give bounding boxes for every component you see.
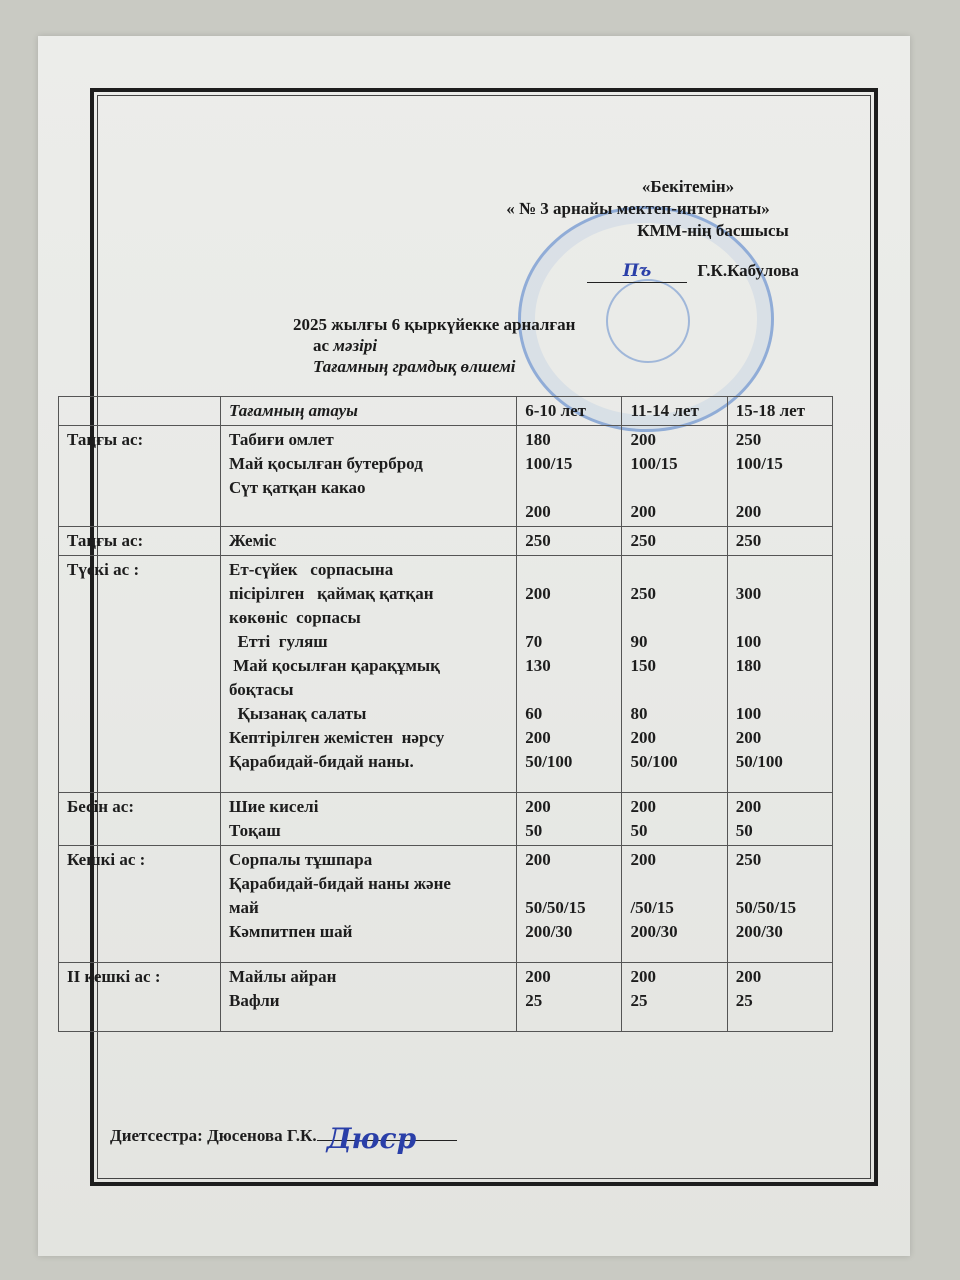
portion-v3-line: 200 [736,500,824,524]
portion-v3: 250 [727,527,832,556]
portion-v2-line: 200/30 [630,920,718,944]
portion-v2: 200100/15200 [622,426,727,527]
portion-v1-line [525,558,613,582]
portion-v2-line [630,606,718,630]
portion-v2: 200/50/15200/30 [622,846,727,963]
meal-name: Таңғы ас: [59,527,221,556]
portion-v3-line [736,872,824,896]
meal-name: Бесін ас: [59,793,221,846]
table-row: Бесін ас:Шие киселіТоқаш200502005020050 [59,793,833,846]
dish-list: Майлы айранВафли [221,963,517,1032]
portion-v2-line: 80 [630,702,718,726]
meal-name: Кешкі ас : [59,846,221,963]
table-row: Таңғы ас:Табиғи омлетМай қосылған бутерб… [59,426,833,527]
dish-list-line: Шие киселі [229,795,508,819]
portion-v1-line [525,872,613,896]
dish-list-line: Май қосылған бутерброд [229,452,508,476]
approval-line-3: КММ-нің басшысы [458,220,818,242]
portion-v2-line: 250 [630,529,718,553]
header-meal-cell [59,397,221,426]
portion-v1-line: 200 [525,965,613,989]
dish-list-line: Май қосылған қарақұмық [229,654,508,678]
signature-line: Пъ [587,260,687,283]
portion-v1-line: 60 [525,702,613,726]
portion-v3-line: 100/15 [736,452,824,476]
portion-v3: 30010018010020050/100 [727,556,832,793]
portion-v3-line: 250 [736,848,824,872]
portion-v2-line: 250 [630,582,718,606]
portion-v3-line: 200 [736,726,824,750]
portion-v1-line: 50 [525,819,613,843]
meal-name: Таңғы ас: [59,426,221,527]
table-header-row: Тағамның атауы 6-10 лет 11-14 лет 15-18 … [59,397,833,426]
portion-v2: 20025 [622,963,727,1032]
table-row: ІІ кешкі ас :Майлы айранВафли20025200252… [59,963,833,1032]
portion-v1-line [525,476,613,500]
director-signature: Пъ [623,261,651,281]
dish-list-line: Жеміс [229,529,508,553]
portion-v2: 250901508020050/100 [622,556,727,793]
portion-v3-line: 25 [736,989,824,1013]
table-row: Таңғы ас:Жеміс250250250 [59,527,833,556]
dish-list-line: Сүт қатқан какао [229,476,508,500]
dish-list-line: Вафли [229,989,508,1013]
menu-table: Тағамның атауы 6-10 лет 11-14 лет 15-18 … [58,396,833,1032]
portion-v2-line: 50/100 [630,750,718,774]
dish-list-line: Сорпалы тұшпара [229,848,508,872]
portion-v3-line: 100 [736,630,824,654]
menu-subtitle-prefix: ас [313,336,333,355]
portion-v3: 25050/50/15200/30 [727,846,832,963]
meal-name: ІІ кешкі ас : [59,963,221,1032]
meal-name: Түскі ас : [59,556,221,793]
dietitian-signature: Дюср [327,1122,417,1155]
header-age-15-18: 15-18 лет [727,397,832,426]
dish-list: Сорпалы тұшпараҚарабидай-бидай наны және… [221,846,517,963]
portion-v1: 250 [517,527,622,556]
portion-v3-line: 250 [736,529,824,553]
menu-title: 2025 жылғы 6 қыркүйекке арналған ас мәзі… [293,314,575,377]
document-page: «Бекітемін» « № 3 арнайы мектеп-интернат… [38,36,910,1256]
table-row: Кешкі ас :Сорпалы тұшпараҚарабидай-бидай… [59,846,833,963]
portion-v1-line: 50/100 [525,750,613,774]
portion-v3-line [736,606,824,630]
dish-list-line: Қызанақ салаты [229,702,508,726]
portion-v1-line: 200 [525,500,613,524]
table-row: Түскі ас :Ет-сүйек сорпасынапісірілген қ… [59,556,833,793]
portion-v3-line: 200 [736,965,824,989]
dietitian-signature-block: Диетсестра: Дюсенова Г.К.Дюср [110,1126,457,1146]
portion-v1-line: 250 [525,529,613,553]
menu-date-line: 2025 жылғы 6 қыркүйекке арналған [293,314,575,335]
portion-v2-line: 150 [630,654,718,678]
portion-v1: 20025 [517,963,622,1032]
dietitian-label: Диетсестра: Дюсенова Г.К. [110,1126,317,1145]
portion-v3-line [736,476,824,500]
portion-v2-line [630,558,718,582]
dish-list-line: Кептірілген жемістен нәрсу [229,726,508,750]
portion-v2-line: 200 [630,795,718,819]
dish-list-line: Кәмпитпен шай [229,920,508,944]
portion-v3-line: 180 [736,654,824,678]
portion-v3-line [736,678,824,702]
dish-list-line: Табиғи омлет [229,428,508,452]
portion-v2-line: 50 [630,819,718,843]
dish-list-line: Тоқаш [229,819,508,843]
approval-line-2: « № 3 арнайы мектеп-интернаты» [458,198,818,220]
approval-signature-row: Пъ Г.К.Кабулова [458,260,818,283]
dish-list: Шие киселіТоқаш [221,793,517,846]
portion-v2-line: 90 [630,630,718,654]
portion-v2: 20050 [622,793,727,846]
dish-list-line: боқтасы [229,678,508,702]
portion-v2-line [630,476,718,500]
portion-v2-line: 200 [630,428,718,452]
approval-block: «Бекітемін» « № 3 арнайы мектеп-интернат… [458,176,818,283]
dish-list: Ет-сүйек сорпасынапісірілген қаймақ қатқ… [221,556,517,793]
dish-list-line: пісірілген қаймақ қатқан [229,582,508,606]
portion-v1: 180100/15200 [517,426,622,527]
header-dish-name: Тағамның атауы [221,397,517,426]
dish-list-line: Қарабидай-бидай наны және [229,872,508,896]
portion-v3-line: 200/30 [736,920,824,944]
portion-v1-line: 100/15 [525,452,613,476]
menu-measure-line: Тағамның грамдық өлшемі [293,356,575,377]
portion-v2-line: /50/15 [630,896,718,920]
portion-v1: 200701306020050/100 [517,556,622,793]
portion-v3-line: 200 [736,795,824,819]
portion-v3-line: 100 [736,702,824,726]
director-name: Г.К.Кабулова [697,261,799,280]
portion-v1: 20050 [517,793,622,846]
portion-v2-line: 25 [630,989,718,1013]
portion-v2-line [630,678,718,702]
portion-v1-line: 25 [525,989,613,1013]
portion-v3: 20050 [727,793,832,846]
portion-v2-line [630,872,718,896]
portion-v3-line: 50/50/15 [736,896,824,920]
portion-v2-line: 200 [630,965,718,989]
portion-v2-line: 200 [630,726,718,750]
portion-v1-line: 70 [525,630,613,654]
portion-v1-line: 200 [525,582,613,606]
dish-list-line: Қарабидай-бидай наны. [229,750,508,774]
menu-subtitle-italic: мәзірі [333,336,377,355]
dish-list-line: Ет-сүйек сорпасына [229,558,508,582]
portion-v1-line: 130 [525,654,613,678]
dish-list: Табиғи омлетМай қосылған бутербродСүт қа… [221,426,517,527]
portion-v1: 20050/50/15200/30 [517,846,622,963]
menu-subtitle: ас мәзірі [293,335,575,356]
portion-v3: 250100/15200 [727,426,832,527]
portion-v3-line: 50/100 [736,750,824,774]
portion-v1-line [525,606,613,630]
dish-list-line: Майлы айран [229,965,508,989]
dish-list-line: Етті гуляш [229,630,508,654]
portion-v1-line: 200 [525,795,613,819]
portion-v3-line: 50 [736,819,824,843]
portion-v2-line: 200 [630,848,718,872]
header-age-6-10: 6-10 лет [517,397,622,426]
portion-v2-line: 100/15 [630,452,718,476]
dish-list-line: көкөніс сорпасы [229,606,508,630]
portion-v1-line: 50/50/15 [525,896,613,920]
dietitian-signature-line: Дюср [317,1140,457,1141]
portion-v1-line: 200 [525,848,613,872]
portion-v1-line: 180 [525,428,613,452]
approval-line-1: «Бекітемін» [458,176,818,198]
portion-v3-line [736,558,824,582]
portion-v2-line: 200 [630,500,718,524]
dish-list-line: май [229,896,508,920]
portion-v1-line: 200/30 [525,920,613,944]
portion-v3: 20025 [727,963,832,1032]
portion-v3-line: 250 [736,428,824,452]
portion-v1-line: 200 [525,726,613,750]
portion-v3-line: 300 [736,582,824,606]
portion-v1-line [525,678,613,702]
dish-list: Жеміс [221,527,517,556]
portion-v2: 250 [622,527,727,556]
header-age-11-14: 11-14 лет [622,397,727,426]
